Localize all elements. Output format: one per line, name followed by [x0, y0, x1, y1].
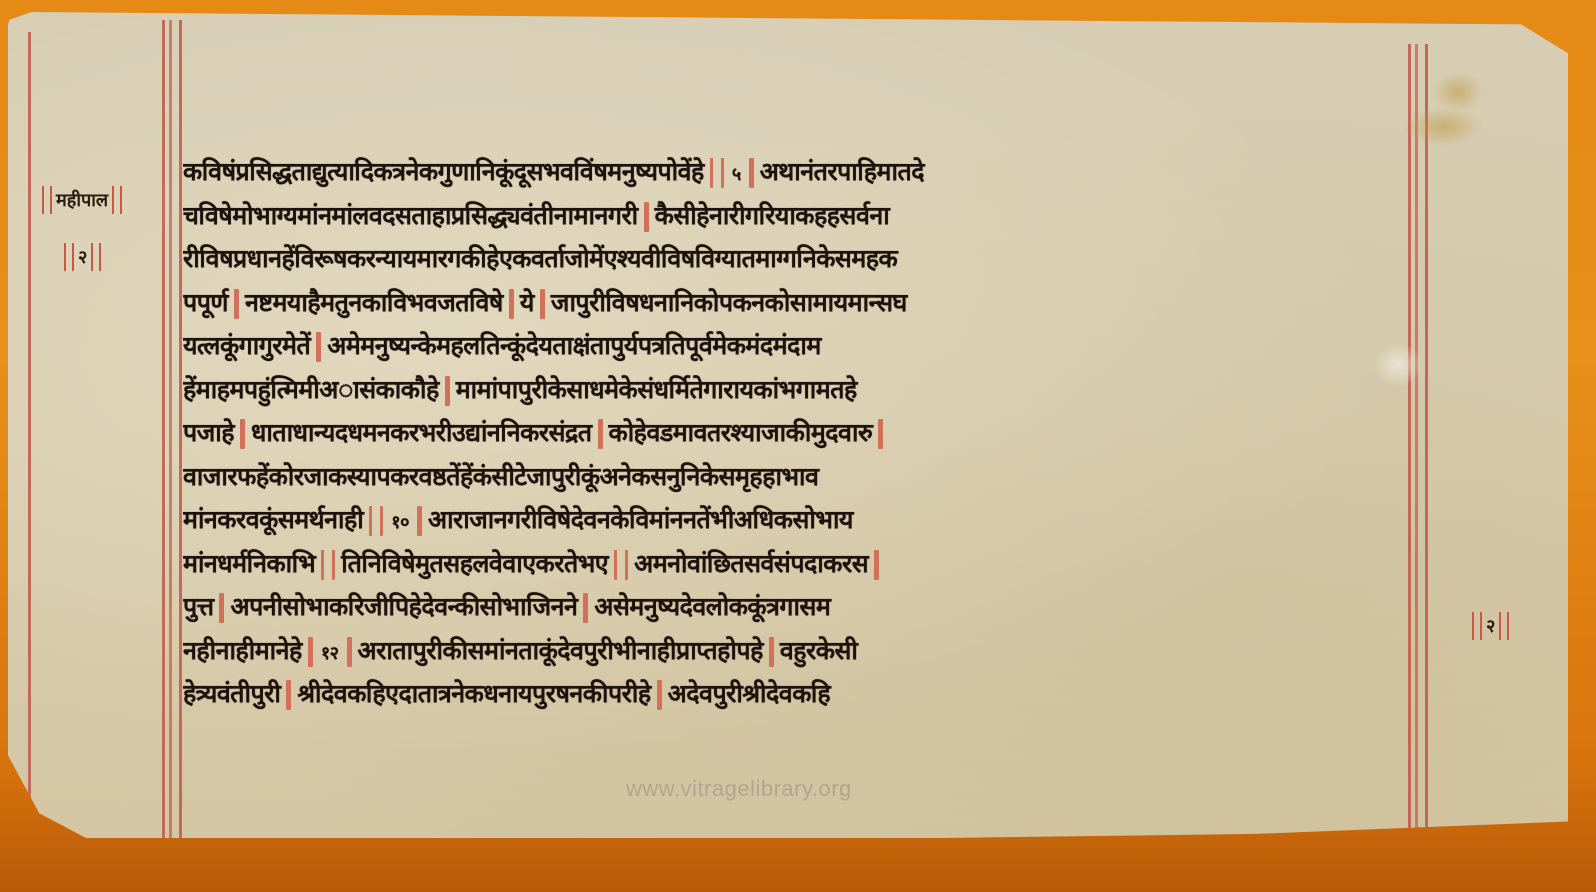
- left-edge-rule: [28, 32, 33, 822]
- left-margin-rule: [162, 20, 182, 880]
- text-segment: यत्लकूंगागुरमेतें: [183, 331, 310, 360]
- danda-mark: [42, 186, 52, 214]
- red-danda-mark: [308, 637, 313, 667]
- text-segment: अमेमनुष्यन्केमहलतिन्कूंदेयताक्षंतापुर्यप…: [327, 331, 821, 360]
- text-segment: मांनधर्मनिकाभि: [183, 549, 315, 578]
- manuscript-line: कविषंप्रसिद्धताद्युत्यादिकत्रनेकगुणानिकू…: [183, 150, 1408, 194]
- text-segment: कोहेवडमावतरश्याजाकीमुदवारु: [609, 418, 873, 447]
- folio-number-text: २: [78, 245, 87, 269]
- red-danda-mark: [710, 158, 724, 188]
- text-segment: १०: [391, 501, 409, 542]
- manuscript-line: मांनधर्मनिकाभितिनिविषेमुतसहलवेवाएकरतेभएअ…: [183, 542, 1408, 586]
- right-margin-rule: [1408, 44, 1428, 848]
- danda-mark: [64, 243, 74, 271]
- text-segment: अरातापुरीकीसमांनताकूंदेवपुरीभीनाहीप्राप्…: [358, 636, 763, 665]
- text-segment: पजाहे: [183, 418, 234, 447]
- red-danda-mark: [657, 680, 662, 710]
- red-danda-mark: [874, 550, 879, 580]
- text-segment: श्रीदेवकहिएदातात्रनेकधनायपुरषनकीपरीहे: [297, 679, 650, 708]
- red-danda-mark: [417, 506, 422, 536]
- red-danda-mark: [540, 289, 545, 319]
- folio-number-left: २: [64, 243, 101, 271]
- text-segment: धाताधान्यदधमनकरभरीउद्यांननिकरसंद्रत: [251, 418, 591, 447]
- red-danda-mark: [369, 506, 383, 536]
- red-danda-mark: [749, 158, 754, 188]
- red-danda-mark: [598, 419, 603, 449]
- folio-number-right: २: [1472, 612, 1509, 640]
- folio-number-text: २: [1486, 614, 1495, 638]
- red-danda-mark: [234, 289, 239, 319]
- watermark: www.vitragelibrary.org: [626, 776, 852, 802]
- red-danda-mark: [644, 202, 649, 232]
- manuscript-line: नहीनाहीमानेहे१२अरातापुरीकीसमांनताकूंदेवप…: [183, 629, 1408, 673]
- red-danda-mark: [583, 593, 588, 623]
- text-segment: वहुरकेसी: [780, 636, 857, 665]
- manuscript-line: हेंमाहमपहुंत्मिमीअासंकाकौहेमामांपापुरीके…: [183, 368, 1408, 412]
- text-segment: जापुरीविषधनानिकोपकनकोसामायमान्सघ: [551, 288, 907, 317]
- text-segment: चविषेमोभाग्यमांनमांलवदसताहाप्रसिद्ध्यवंत…: [183, 201, 638, 230]
- red-danda-mark: [509, 289, 514, 319]
- manuscript-line: हेत्र्यवंतीपुरीश्रीदेवकहिएदातात्रनेकधनाय…: [183, 672, 1408, 716]
- water-stain: [1433, 72, 1483, 112]
- red-danda-mark: [219, 593, 224, 623]
- text-segment: नष्टमयाहैमतुनकाविभवजतविषे: [245, 288, 503, 317]
- red-danda-mark: [878, 419, 883, 449]
- text-segment: तिनिविषेमुतसहलवेवाएकरतेभए: [341, 549, 608, 578]
- manuscript-line: चविषेमोभाग्यमांनमांलवदसताहाप्रसिद्ध्यवंत…: [183, 194, 1408, 238]
- manuscript-line: रीविषप्रधानहेंविरूषकरन्यायमारगकीहेएकवर्त…: [183, 237, 1408, 281]
- red-danda-mark: [240, 419, 245, 449]
- text-segment: हेत्र्यवंतीपुरी: [183, 679, 280, 708]
- text-segment: अपनीसोभाकरिजीपिहेदेवन्कीसोभाजिनने: [230, 592, 577, 621]
- manuscript-text-block: कविषंप्रसिद्धताद्युत्यादिकत्रनेकगुणानिकू…: [183, 150, 1408, 716]
- text-segment: ५: [732, 153, 741, 194]
- red-danda-mark: [445, 376, 450, 406]
- text-segment: असेमनुष्यदेवलोककूंत्रगासम: [594, 592, 830, 621]
- text-segment: पपूर्ण: [183, 288, 228, 317]
- text-segment: ये: [520, 288, 534, 317]
- water-stain: [1403, 107, 1483, 147]
- red-danda-mark: [614, 550, 628, 580]
- text-segment: मांनकरवकूंसमर्थनाही: [183, 505, 363, 534]
- red-danda-mark: [347, 637, 352, 667]
- text-segment: अदेवपुरीश्रीदेवकहि: [668, 679, 830, 708]
- text-segment: अथानंतरपाहिमातदे: [760, 157, 924, 186]
- margin-title: महीपाल: [42, 186, 122, 214]
- red-danda-mark: [316, 332, 321, 362]
- text-segment: कैसीहेनारीगरियाकहहसर्वना: [655, 201, 890, 230]
- margin-title-text: महीपाल: [56, 188, 108, 212]
- danda-mark: [1472, 612, 1482, 640]
- red-danda-mark: [769, 637, 774, 667]
- manuscript-line: मांनकरवकूंसमर्थनाही१०आराजानगरीविषेदेवनके…: [183, 498, 1408, 542]
- text-segment: अमनोवांछितसर्वसंपदाकरस: [634, 549, 868, 578]
- text-segment: मामांपापुरीकेसाधमेकेसंधर्मितेगारायकांभगा…: [456, 375, 857, 404]
- text-segment: आराजानगरीविषेदेवनकेविमांननतेंभीअधिकसोभाय: [428, 505, 853, 534]
- text-segment: पुत्त: [183, 592, 213, 621]
- text-segment: हेंमाहमपहुंत्मिमीअासंकाकौहे: [183, 375, 439, 404]
- text-segment: नहीनाहीमानेहे: [183, 636, 302, 665]
- manuscript-line: यत्लकूंगागुरमेतेंअमेमनुष्यन्केमहलतिन्कूं…: [183, 324, 1408, 368]
- danda-mark: [1499, 612, 1509, 640]
- text-segment: वाजारफहेंकोरजाकस्यापकरवष्ठतेंहेंकंसीटेजा…: [183, 462, 818, 491]
- manuscript-line: पजाहेधाताधान्यदधमनकरभरीउद्यांननिकरसंद्रत…: [183, 411, 1408, 455]
- danda-mark: [91, 243, 101, 271]
- manuscript-line: पुत्तअपनीसोभाकरिजीपिहेदेवन्कीसोभाजिननेअस…: [183, 585, 1408, 629]
- text-segment: १२: [321, 632, 339, 673]
- manuscript-line: वाजारफहेंकोरजाकस्यापकरवष्ठतेंहेंकंसीटेजा…: [183, 455, 1408, 499]
- danda-mark: [112, 186, 122, 214]
- red-danda-mark: [286, 680, 291, 710]
- text-segment: कविषंप्रसिद्धताद्युत्यादिकत्रनेकगुणानिकू…: [183, 157, 704, 186]
- manuscript-line: पपूर्णनष्टमयाहैमतुनकाविभवजतविषेयेजापुरीव…: [183, 281, 1408, 325]
- text-segment: रीविषप्रधानहेंविरूषकरन्यायमारगकीहेएकवर्त…: [183, 244, 897, 273]
- red-danda-mark: [321, 550, 335, 580]
